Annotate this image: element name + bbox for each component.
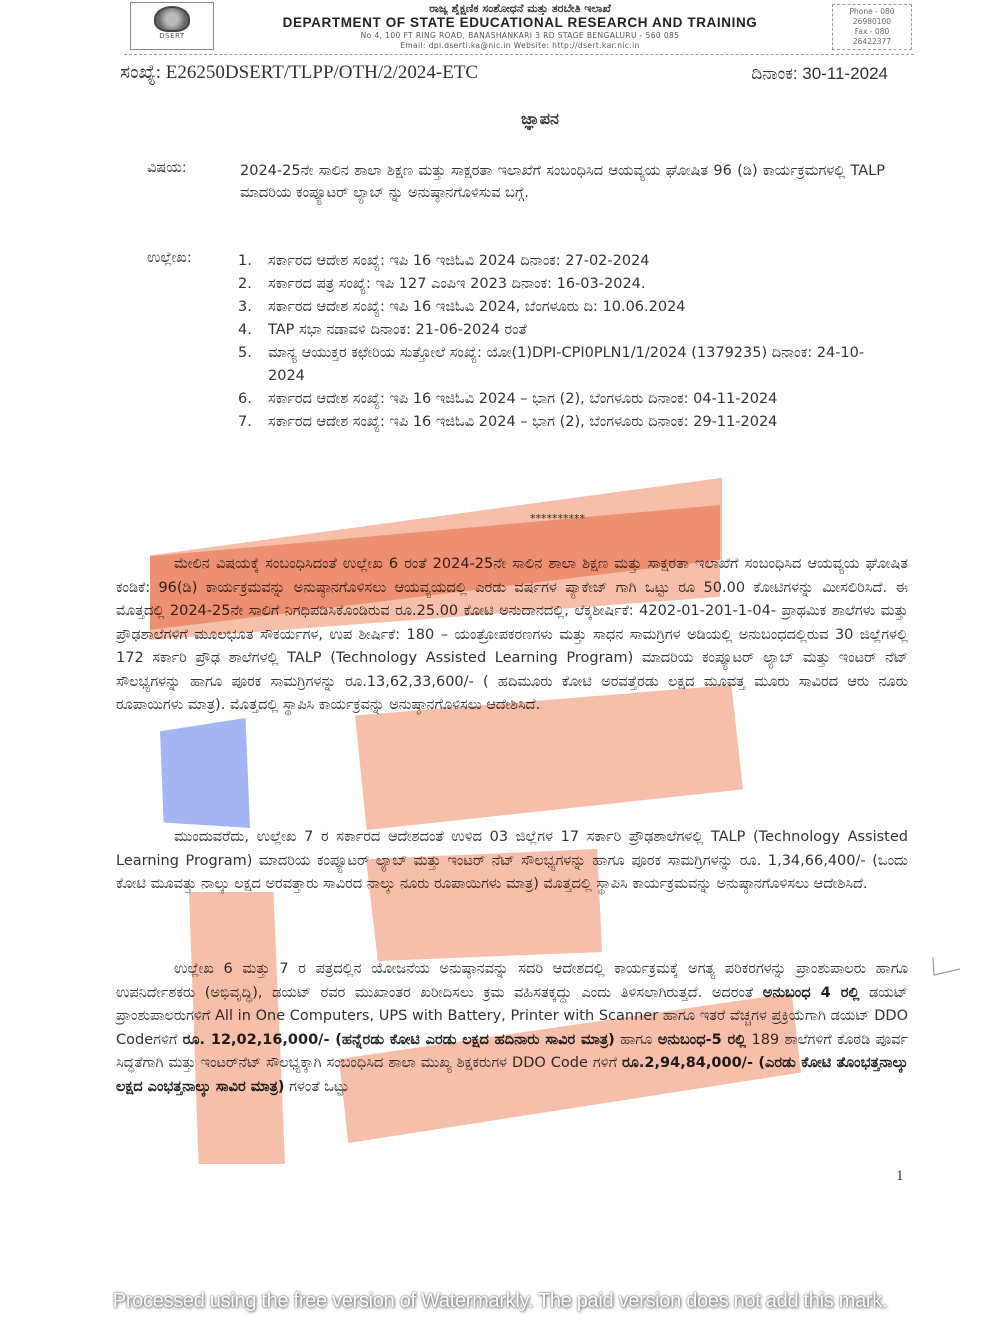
dsert-logo: DSERT xyxy=(130,2,214,50)
section-separator: ********** xyxy=(530,512,585,525)
subject-text: 2024-25ನೇ ಸಾಲಿನ ಶಾಲಾ ಶಿಕ್ಷಣ ಮತ್ತು ಸಾಕ್ಷರ… xyxy=(240,160,885,204)
references-list: 1.ಸರ್ಕಾರದ ಆದೇಶ ಸಂಖ್ಯೆ: ಇಪಿ 16 ಇಜಿಓವಿ 202… xyxy=(238,250,886,434)
reference-item: 3.ಸರ್ಕಾರದ ಆದೇಶ ಸಂಖ್ಯೆ: ಇಪಿ 16 ಇಜಿಓವಿ 202… xyxy=(238,296,886,319)
reference-item: 1.ಸರ್ಕಾರದ ಆದೇಶ ಸಂಖ್ಯೆ: ಇಪಿ 16 ಇಜಿಓವಿ 202… xyxy=(238,250,886,273)
reference-number: ಸಂಖ್ಯೆ: E26250DSERT/TLPP/OTH/2/2024-ETC xyxy=(120,62,478,84)
phone-number: 26980100 xyxy=(833,17,911,27)
email-website: Email: dpi.dserti.ka@nic.in Website: htt… xyxy=(220,41,820,51)
subject-label: ವಿಷಯ: xyxy=(147,160,187,176)
pen-mark-icon xyxy=(930,955,970,985)
department-name: DEPARTMENT OF STATE EDUCATIONAL RESEARCH… xyxy=(220,15,820,31)
references-label: ಉಲ್ಲೇಖ: xyxy=(147,250,192,266)
body-paragraph-1: ಮೇಲಿನ ವಿಷಯಕ್ಕೆ ಸಂಬಂಧಿಸಿದಂತೆ ಉಲ್ಲೇಖ 6 ರಂತ… xyxy=(116,553,908,718)
logo-caption: DSERT xyxy=(131,32,213,40)
fax-label: Fax - 080 xyxy=(833,27,911,37)
reference-item: 4.TAP ಸಭಾ ನಡಾವಳಿ ದಿನಾಂಕ: 21-06-2024 ರಂತೆ xyxy=(238,319,886,342)
phone-label: Phone - 080 xyxy=(833,7,911,17)
body-paragraph-3: ಉಲ್ಲೇಖ 6 ಮತ್ತು 7 ರ ಪತ್ರದಲ್ಲಿನ ಯೋಜನೆಯ ಅನು… xyxy=(116,958,908,1099)
reference-item: 5.ಮಾನ್ಯ ಆಯುಕ್ತರ ಕಛೇರಿಯ ಸುತ್ತೋಲೆ ಸಂಖ್ಯೆ: … xyxy=(238,342,886,387)
watermark-text: Processed using the free version of Wate… xyxy=(0,1290,1000,1313)
highlight-overlay xyxy=(160,718,250,828)
reference-item: 6.ಸರ್ಕಾರದ ಆದೇಶ ಸಂಖ್ಯೆ: ಇಪಿ 16 ಇಜಿಓವಿ 202… xyxy=(238,388,886,411)
page-number: 1 xyxy=(896,1168,904,1185)
document-date: ದಿನಾಂಕ: 30-11-2024 xyxy=(751,64,888,84)
document-page: DSERT ರಾಜ್ಯ ಶೈಕ್ಷಣಿಕ ಸಂಶೋಧನೆ ಮತ್ತು ತರಬೇತ… xyxy=(0,0,1000,1338)
reference-item: 2.ಸರ್ಕಾರದ ಪತ್ರ ಸಂಖ್ಯೆ: ಇಪಿ 127 ಎಂಪಿಇ 202… xyxy=(238,273,886,296)
department-address: No 4, 100 FT RING ROAD, BANASHANKARI 3 R… xyxy=(220,31,820,41)
letterhead-kannada-title: ರಾಜ್ಯ ಶೈಕ್ಷಣಿಕ ಸಂಶೋಧನೆ ಮತ್ತು ತರಬೇತಿ ಇಲಾಖ… xyxy=(220,2,820,15)
body-paragraph-2: ಮುಂದುವರೆದು, ಉಲ್ಲೇಖ 7 ರ ಸರ್ಕಾರದ ಆದೇಶದಂತೆ … xyxy=(116,826,908,897)
emblem-icon xyxy=(154,6,190,32)
fax-number: 26422377 xyxy=(833,37,911,47)
reference-item: 7.ಸರ್ಕಾರದ ಆದೇಶ ಸಂಖ್ಯೆ: ಇಪಿ 16 ಇಜಿಓವಿ 202… xyxy=(238,411,886,434)
contact-box: Phone - 080 26980100 Fax - 080 26422377 xyxy=(832,4,912,50)
letterhead: DSERT ರಾಜ್ಯ ಶೈಕ್ಷಣಿಕ ಸಂಶೋಧನೆ ಮತ್ತು ತರಬೇತ… xyxy=(124,0,914,55)
document-title: ಜ್ಞಾಪನ xyxy=(0,109,1000,129)
